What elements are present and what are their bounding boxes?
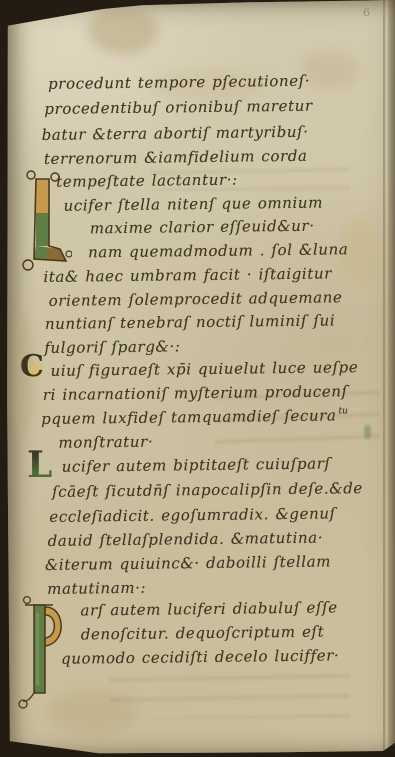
manuscript-line: dauid ſtellaſplendida. &matutina· <box>48 529 324 550</box>
manuscript-line: orientem ſolemprocedit adquemane <box>49 288 343 310</box>
manuscript-line: terrenorum &iamfidelium corda <box>44 147 308 168</box>
manuscript-line: ri incarnationiſ myſterium producenſ <box>43 382 348 404</box>
manuscript-line: ucifer ſtella nitenſ que omnium <box>63 194 323 215</box>
parchment-page: 6 C L procedunt temp <box>0 0 395 757</box>
manuscript-line: ſcāeſt ſicutdn̄ſ inapocalipſin deſe.&de <box>52 479 363 501</box>
manuscript-line: tempeſtate lactantur·: <box>56 171 238 191</box>
manuscript-line: quomodo cecidiſti decelo luciffer· <box>61 646 340 667</box>
manuscript-line: ita& haec umbram facit · iſtaigitur <box>43 264 332 286</box>
manuscript-line: matutinam·: <box>47 579 146 598</box>
manuscript-line: eccleſiadicit. egoſumradix. &genuſ <box>49 504 336 525</box>
superscript-correction: tu <box>338 406 348 416</box>
manuscript-line: ucifer autem biptitaeſt cuiuſparſ <box>62 454 331 475</box>
manuscript-line: &iterum quiuinc&· daboilli ſtellam <box>45 552 331 573</box>
manuscript-line: maxime clarior eſſeuid&ur· <box>90 217 315 238</box>
text-block: procedunt tempore pſecutioneſ·procedenti… <box>0 0 395 757</box>
manuscript-line: nam quemadmodum . ſol &luna <box>88 240 349 261</box>
manuscript-line: arſ autem luciferi diabuluſ eſſe <box>80 598 337 619</box>
manuscript-line: batur &terra abortiſ martyribuſ· <box>42 123 309 144</box>
manuscript-line: monſtratur· <box>58 433 153 452</box>
manuscript-line: procedentibuſ orionibuſ maretur <box>44 97 313 118</box>
manuscript-line: fulgoriſ ſparg&·: <box>44 337 180 357</box>
manuscript-line: pquem luxfideſ tamquamdieſ ſecuratu <box>41 406 348 428</box>
manuscript-line: procedunt tempore pſecutioneſ· <box>48 72 310 93</box>
manuscript-line: nuntianſ tenebraſ noctiſ luminiſ ſui <box>45 311 336 333</box>
manuscript-line: denoſcitur. dequoſcriptum eſt <box>81 623 325 644</box>
manuscript-line: uiuſ figuraeſt xp̄i quiuelut luce ueſpe <box>50 358 358 380</box>
